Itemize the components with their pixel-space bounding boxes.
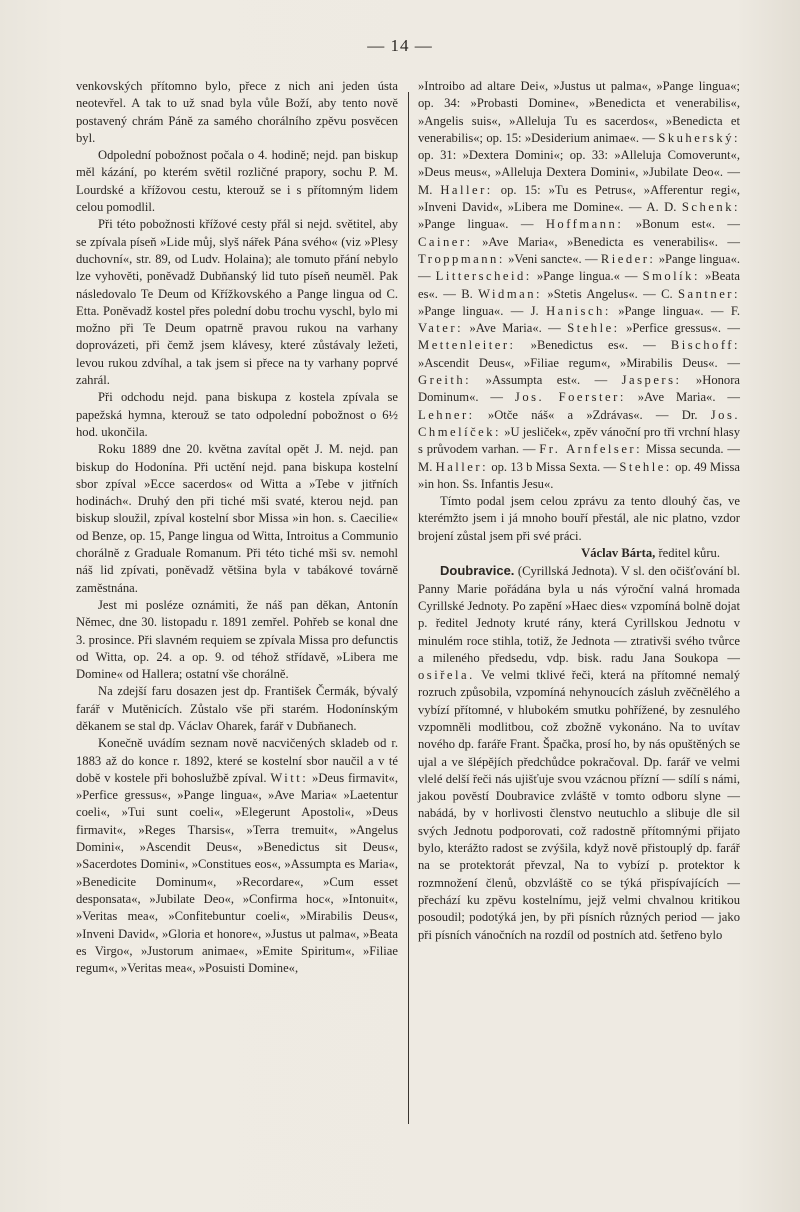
works-text: »Ascendit Deus«, »Filiae regum«, »Mirabi… — [418, 356, 740, 370]
composer-name: Schenk: — [682, 200, 740, 214]
composer-name: Rieder: — [601, 252, 656, 266]
composer-name: Smolík: — [643, 269, 700, 283]
closing-text: Tímto podal jsem celou zprávu za tento d… — [418, 494, 740, 543]
document-page: — 14 — venkovských přítomno bylo, přece … — [0, 0, 800, 1212]
closing-paragraph: Tímto podal jsem celou zprávu za tento d… — [418, 493, 740, 562]
composer-name: Greith: — [418, 373, 471, 387]
section-heading: Doubravice. — [440, 563, 514, 578]
composer-name: Lehner: — [418, 408, 475, 422]
composer-name: Witt: — [270, 771, 308, 785]
composer-name: Bischoff: — [671, 338, 740, 352]
works-text: »Ave Maria«. — — [626, 390, 740, 404]
composer-name: Stehle: — [619, 460, 671, 474]
page-number: — 14 — — [0, 36, 800, 56]
paragraph: venkovských přítomno bylo, přece z nich … — [76, 78, 398, 147]
column-divider — [408, 92, 409, 1124]
paragraph: Odpolední pobožnost počala o 4. hodině; … — [76, 147, 398, 216]
works-text: »Pange lingua«. — J. — [418, 304, 546, 318]
works-list: »Deus firmavit«, »Perfice gressus«, »Pan… — [76, 771, 398, 975]
doubravice-report: Doubravice. (Cyrillská Jednota). V sl. d… — [418, 562, 740, 944]
signature-name: Václav Bárta, — [581, 546, 655, 560]
composer-name: Troppmann: — [418, 252, 505, 266]
composer-name: Hoffmann: — [546, 217, 624, 231]
works-text: »Bonum est«. — — [623, 217, 740, 231]
works-text: »Perfice gressus«. — — [620, 321, 740, 335]
composer-name: Vater: — [418, 321, 463, 335]
works-text: »Ave Maria«, »Benedicta es venerabilis«.… — [473, 235, 740, 249]
paragraph: Při odchodu nejd. pana biskupa z kostela… — [76, 389, 398, 441]
left-column: venkovských přítomno bylo, přece z nich … — [76, 78, 398, 977]
right-column: »Introibo ad altare Dei«, »Justus ut pal… — [418, 78, 740, 944]
paragraph: Na zdejší faru dosazen jest dp. Františe… — [76, 683, 398, 735]
composer-name: Haller: — [440, 183, 492, 197]
paragraph: Jest mi posléze oznámiti, že náš pan děk… — [76, 597, 398, 683]
composer-name: Cainer: — [418, 235, 473, 249]
composer-name: Santner: — [678, 287, 740, 301]
works-text: »Ave Maria«. — — [463, 321, 567, 335]
section-body: Ve velmi tklivé řeči, která na přítomné … — [418, 668, 740, 941]
works-text: »Pange lingua«. — F. — [611, 304, 740, 318]
works-text: op. 13 b Missa Sexta. — — [488, 460, 619, 474]
works-text: »Stetis Angelus«. — C. — [542, 287, 678, 301]
works-text: »Benedictus es«. — — [516, 338, 671, 352]
repertoire-paragraph: Konečně uvádím seznam nově nacvičených s… — [76, 735, 398, 977]
composer-name: Hanisch: — [546, 304, 611, 318]
works-text: »Pange lingua«. — — [418, 217, 546, 231]
works-text: »Veni sancte«. — — [505, 252, 601, 266]
works-text: »Pange lingua.« — — [532, 269, 643, 283]
composer-name: Litterscheid: — [436, 269, 532, 283]
works-text: »Assumpta est«. — — [471, 373, 621, 387]
paragraph: Roku 1889 dne 20. května zavítal opět J.… — [76, 441, 398, 597]
composer-name: Fr. Arnfelser: — [539, 442, 642, 456]
works-list-continued: »Introibo ad altare Dei«, »Justus ut pal… — [418, 78, 740, 493]
composer-name: Skuherský: — [658, 131, 740, 145]
composer-name: Haller: — [436, 460, 488, 474]
works-text: »Otče náš« a »Zdrávas«. — Dr. — [475, 408, 711, 422]
composer-name: Widman: — [478, 287, 542, 301]
composer-name: Jos. Foerster: — [515, 390, 626, 404]
composer-name: Stehle: — [567, 321, 619, 335]
emphasized-word: osiřela. — [418, 668, 475, 682]
composer-name: Mettenleiter: — [418, 338, 516, 352]
section-intro: (Cyrillská Jednota). V sl. den očišťován… — [418, 564, 740, 664]
composer-name: Jaspers: — [622, 373, 682, 387]
signature: Václav Bárta, ředitel kůru. — [418, 545, 740, 562]
paragraph: Při této pobožnosti křížové cesty přál s… — [76, 216, 398, 389]
signature-title: ředitel kůru. — [655, 546, 720, 560]
